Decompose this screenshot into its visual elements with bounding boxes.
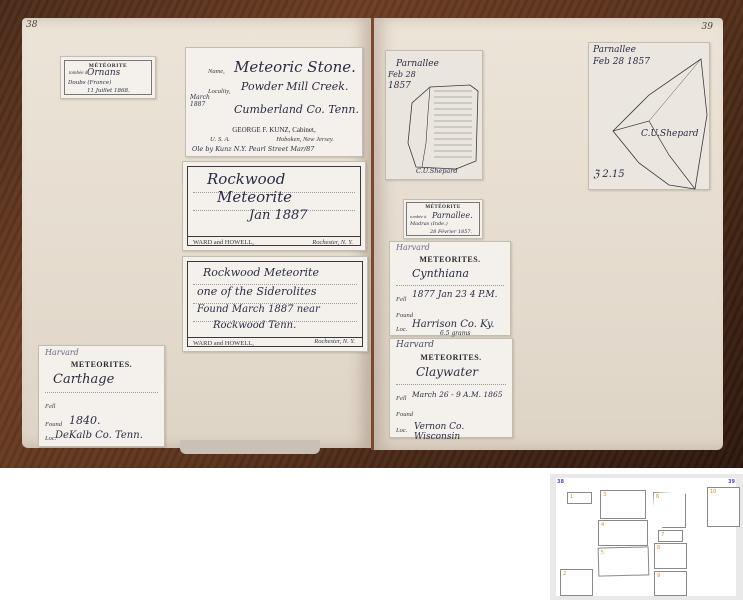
album-photo: 38 39 MÉTÉORITE tombée à Ornans Doubs (F…: [0, 0, 743, 468]
handwritten-line: Jan 1887: [249, 208, 308, 223]
prefix-text: tombée à: [410, 214, 426, 219]
weight-text: 6.5 grams: [440, 330, 471, 337]
fell-label: Fell: [45, 403, 55, 410]
meteorite-name: Carthage: [53, 372, 114, 387]
meteorite-name: Claywater: [416, 365, 478, 379]
box-number: 6: [656, 494, 659, 500]
label-parnallee-printed: MÉTÉORITE tombée à Parnallee. Madras (In…: [403, 199, 483, 239]
handwritten-line: Rockwood Meteorite: [203, 266, 319, 279]
diagram-canvas: 38 39 1 3 6 10 4 7 5 8 2 9: [556, 478, 736, 596]
label-parnallee-outline: Parnallee Feb 28 1857 C.U.Shepard ℨ 2.15: [588, 42, 710, 190]
handwritten-line: Feb 28: [388, 70, 416, 79]
footer-note: Ole by Kunz N.Y. Pearl Street Mar/87: [192, 145, 314, 153]
label-title: MÉTÉORITE: [404, 205, 482, 210]
locality-text: Madras (Inde.): [410, 221, 448, 227]
loc-label: Loc.: [396, 427, 407, 434]
book-spine: [371, 18, 374, 450]
label-rockwood-1: Rockwood Meteorite Jan 1887 WARD and HOW…: [182, 161, 366, 251]
date-note: March 1887: [190, 94, 210, 108]
diagram-box-1: 1: [567, 492, 592, 504]
box-number: 10: [710, 489, 716, 495]
fell-value: 1877 Jan 23 4 P.M.: [412, 290, 497, 300]
diagram-box-9: 9: [654, 571, 687, 596]
locality-text: Powder Mill Creek.: [241, 80, 348, 93]
handwritten-line: one of the Siderolites: [197, 285, 317, 298]
label-title: METEORITES.: [390, 353, 512, 362]
printer-city: Hoboken, New Jersey.: [276, 136, 334, 143]
diagram-box-8: 8: [654, 543, 687, 569]
collection-note: Harvard: [45, 348, 79, 357]
county-text: Cumberland Co. Tenn.: [234, 103, 359, 116]
date-text: 11 Juillet 1868.: [87, 88, 130, 94]
sketch-caption: C.U.Shepard: [416, 167, 458, 175]
handwritten-line: Parnallee: [396, 59, 439, 69]
printer-name: WARD and HOWELL,: [193, 239, 254, 246]
label-carthage: Harvard METEORITES. Carthage Fell Found …: [38, 345, 165, 447]
prefix-text: tombée à: [69, 71, 87, 76]
handwritten-line: Rockwood: [207, 170, 285, 188]
diagram-page-left: 38: [557, 479, 564, 485]
diagram-box-3: 3: [600, 490, 646, 519]
printer-city: Rochester, N. Y.: [314, 338, 355, 345]
box-number: 8: [657, 545, 660, 551]
diagram-box-4: 4: [598, 520, 648, 546]
box-number: 4: [601, 522, 604, 528]
meteorite-name: Meteoric Stone.: [234, 58, 356, 76]
label-kunz-powder-mill: Name, Meteoric Stone. Locality, Powder M…: [185, 47, 363, 157]
sketch-caption: C.U.Shepard: [641, 129, 699, 139]
label-layout-diagram: 38 39 1 3 6 10 4 7 5 8 2 9: [550, 474, 743, 600]
meteorite-sketch-icon: [406, 83, 482, 171]
label-cynthiana: Harvard METEORITES. Cynthiana Fell 1877 …: [389, 241, 511, 336]
diagram-box-7: 7: [658, 530, 683, 542]
diagram-box-2: 2: [560, 569, 593, 596]
diagram-box-10: 10: [707, 487, 740, 527]
meteorite-name: Cynthiana: [412, 267, 469, 280]
box-number: 1: [570, 494, 573, 500]
label-title: METEORITES.: [39, 360, 164, 369]
label-parnallee-sketch: Parnallee Feb 28 1857 C.U.Shepard: [385, 50, 483, 180]
box-number: 2: [563, 571, 566, 577]
meteorite-name: Parnallee.: [432, 211, 473, 220]
box-number: 7: [661, 532, 664, 538]
printer-name: GEORGE F. KUNZ, Cabinet,: [186, 126, 362, 134]
date-text: 28 Février 1857.: [430, 229, 472, 235]
printer-country: U. S. A.: [210, 136, 230, 143]
field-prefix: Name,: [208, 68, 225, 75]
loc-value: DeKalb Co. Tenn.: [55, 430, 143, 441]
handwritten-line: Meteorite: [217, 188, 292, 206]
diagram-page-right: 39: [728, 479, 735, 485]
page-edge: [180, 440, 320, 454]
label-ornans: MÉTÉORITE tombée à Ornans Doubs (France)…: [60, 56, 156, 99]
found-label: Found: [396, 411, 413, 418]
handwritten-line: Parnallee: [593, 45, 636, 55]
loc-label: Loc.: [396, 326, 407, 333]
locality-text: Doubs (France): [68, 80, 111, 86]
left-page-number: 38: [26, 20, 37, 30]
fell-label: Fell: [396, 395, 406, 402]
collection-note: Harvard: [396, 243, 430, 252]
handwritten-line: Rockwood Tenn.: [213, 320, 296, 331]
found-label: Found: [396, 312, 413, 319]
box-number: 3: [603, 492, 606, 498]
fell-value: March 26 - 9 A.M. 1865: [412, 390, 503, 399]
handwritten-line: Found March 1887 near: [197, 304, 320, 315]
diagram-box-5: 5: [598, 546, 650, 576]
right-page-number: 39: [702, 22, 713, 32]
printer-name: WARD and HOWELL,: [193, 340, 254, 347]
field-prefix: Locality,: [208, 88, 231, 95]
collection-note: Harvard: [396, 340, 434, 350]
label-rockwood-2: Rockwood Meteorite one of the Siderolite…: [182, 256, 368, 352]
loc-value: Harrison Co. Ky.: [412, 319, 494, 330]
printer-city: Rochester, N. Y.: [312, 239, 353, 246]
meteorite-name: Ornans: [87, 68, 120, 78]
box-number: 5: [601, 550, 604, 556]
diagram-box-6: 6: [653, 492, 686, 528]
found-value: 1840.: [69, 414, 101, 427]
found-label: Found: [45, 421, 62, 428]
loc-value: Vernon Co. Wisconsin: [414, 422, 512, 442]
weight-text: ℨ 2.15: [593, 169, 625, 180]
box-number: 9: [657, 573, 660, 579]
label-title: METEORITES.: [390, 255, 510, 264]
fell-label: Fell: [396, 296, 406, 303]
label-claywater: Harvard METEORITES. Claywater Fell March…: [389, 338, 513, 438]
